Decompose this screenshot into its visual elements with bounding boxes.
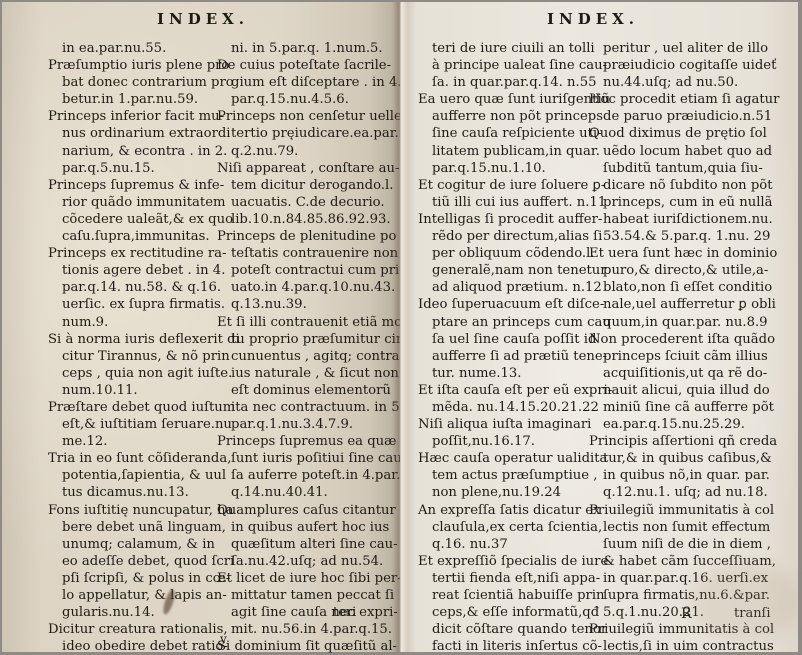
index-entry-continuation: q.13.nu.39. xyxy=(217,296,404,313)
index-entry-continuation: me.12. xyxy=(48,433,240,450)
index-entry-continuation: tem actus præſumptiue , xyxy=(418,467,612,484)
signature-mark: R xyxy=(681,606,692,622)
index-entry-continuation: q.2.nu.79. xyxy=(217,143,404,160)
index-entry-start: Intelligas ſi procedit auffer- xyxy=(418,211,612,228)
index-entry-continuation: tu proprio præſumitur cir xyxy=(217,331,404,348)
index-entry-continuation: in quar.par.q.16. uerſi.ex xyxy=(589,570,779,587)
left-page: INDEX. in ea.par.nu.55.Præſumptio iuris … xyxy=(2,2,400,652)
index-entry-continuation: per obliquum cõdendo.l. xyxy=(418,245,612,262)
index-entry-start: Priuilegiũ immunitatis à col xyxy=(589,621,779,638)
index-entry-continuation: ſa uel ſine cauſa poſſit id xyxy=(418,331,612,348)
index-entry-continuation: par.q.15.nu.1.10. xyxy=(418,160,612,177)
index-entry-start: Principis aſſertioni qñ creda xyxy=(589,433,779,450)
index-entry-continuation: mẽda. nu.14.15.20.21.22 xyxy=(418,399,612,416)
index-entry-start: Et cogitur de iure ſoluere ꝑ- xyxy=(418,177,612,194)
index-entry-start: Niſi appareat , conſtare au- xyxy=(217,160,404,177)
index-entry-continuation: cunuentus , agitq; contra xyxy=(217,348,404,365)
catchword: teri xyxy=(333,605,356,620)
index-entry-continuation: pſi ſcripſi, & polus in cœ- xyxy=(48,570,240,587)
index-entry-continuation: nu.44.uſq; ad nu.50. xyxy=(589,74,779,91)
index-entry-continuation: quæſitum alteri ſine cau- xyxy=(217,536,404,553)
index-column-1: in ea.par.nu.55.Præſumptio iuris plene p… xyxy=(48,40,240,654)
index-entry-continuation: peritur , uel aliter de illo xyxy=(589,40,779,57)
index-entry-continuation: reat ſcientiã habuiſſe prin xyxy=(418,587,612,604)
signature-mark: y xyxy=(220,632,227,646)
index-entry-continuation: ideo obedire debet ratio- xyxy=(48,638,240,654)
index-entry-continuation: litatem publicam,in quar. xyxy=(418,143,612,160)
index-entry-continuation: nus ordinarium extraordi xyxy=(48,125,240,142)
index-entry-start: Princeps inferior facit mu- xyxy=(48,108,240,125)
index-entry-continuation: de paruo præiudicio.n.51 xyxy=(589,108,779,125)
index-entry-continuation: unumq; calamum, & in xyxy=(48,536,240,553)
index-column-1: teri de iure ciuili an tollià principe u… xyxy=(418,40,612,654)
book-spread: INDEX. in ea.par.nu.55.Præſumptio iuris … xyxy=(0,0,802,654)
index-entry-continuation: agit ſine cauſa nec expri- xyxy=(217,604,404,621)
index-entry-continuation: par.q.1.nu.3.4.7.9. xyxy=(217,416,404,433)
index-entry-continuation: tus dicamus.nu.13. xyxy=(48,484,240,501)
index-entry-continuation: eſt,& iuſtitiam ſeruare.nu xyxy=(48,416,240,433)
index-entry-continuation: uato.in 4.par.q.10.nu.43. xyxy=(217,279,404,296)
index-entry-start: Princeps ex rectitudine ra- xyxy=(48,245,240,262)
index-entry-continuation: mit. nu.56.in 4.par.q.15. xyxy=(217,621,404,638)
index-entry-start: Et iſta cauſa eſt per eũ expri- xyxy=(418,382,612,399)
index-entry-continuation: ita nec contractuum. in 5. xyxy=(217,399,404,416)
index-entry-continuation: ſa.nu.42.uſq; ad nu.54. xyxy=(217,553,404,570)
index-entry-continuation: betur.in 1.par.nu.59. xyxy=(48,91,240,108)
index-entry-continuation: bere debet unã linguam, xyxy=(48,519,240,536)
index-entry-continuation: ſubditũ tantum,quia ſiu- xyxy=(589,160,779,177)
index-entry-start: Præſtare debet quod iuſtum xyxy=(48,399,240,416)
index-entry-continuation: mittatur tamen peccat ſi xyxy=(217,587,404,604)
index-entry-continuation: q.12.nu.1. uſq; ad nu.18. xyxy=(589,484,779,501)
index-entry-start: Dicitur creatura rationalis, xyxy=(48,621,240,638)
index-entry-start: Priuilegiũ immunitatis à col xyxy=(589,502,779,519)
index-entry-start: Si à norma iuris deflexerit di xyxy=(48,331,240,348)
index-entry-start: Et ſi illi contrauenit etiã mo xyxy=(217,314,404,331)
index-column-2: ni. in 5.par.q. 1.num.5.De cuius poteſta… xyxy=(217,40,404,654)
index-entry-continuation: miniũ ſine cã aufferre põt xyxy=(589,399,779,416)
index-entry-start: Ea uero quæ ſunt iuriſgentiũ xyxy=(418,91,612,108)
index-entry-continuation: clauſula,ex certa ſcientia, xyxy=(418,519,612,536)
index-entry-continuation: cõcedere ualeãt,& ex quo xyxy=(48,211,240,228)
index-entry-continuation: tertio pręiudicare.ea.par. xyxy=(217,125,404,142)
index-entry-continuation: ni. in 5.par.q. 1.num.5. xyxy=(217,40,404,57)
index-entry-continuation: ſine cauſa reſpiciente uti- xyxy=(418,125,612,142)
index-entry-continuation: in quibus aufert hoc ius xyxy=(217,519,404,536)
index-entry-continuation: tur. nume.13. xyxy=(418,365,612,382)
index-entry-continuation: q.16. nu.37 xyxy=(418,536,612,553)
index-entry-continuation: nauit alicui, quia illud do xyxy=(589,382,779,399)
index-entry-start: Quod diximus de prętio ſol xyxy=(589,125,779,142)
index-entry-continuation: generalẽ,nam non tenetur xyxy=(418,262,612,279)
index-entry-continuation: tiũ illi cui ius auffert. n.11 xyxy=(418,194,612,211)
index-entry-continuation: puro,& directo,& utile,a- xyxy=(589,262,779,279)
index-entry-continuation: quum,in quar.par. nu.8.9 xyxy=(589,314,779,331)
index-entry-continuation: lectis,ſi in uim contractus xyxy=(589,638,779,654)
index-entry-continuation: num.9. xyxy=(48,314,240,331)
index-entry-continuation: ſunt iuris poſitiui ſine cau xyxy=(217,450,404,467)
index-entry-continuation: aufferre ſi ad prætiũ tene- xyxy=(418,348,612,365)
index-entry-continuation: poteſt contractui cum pri- xyxy=(217,262,404,279)
index-entry-continuation: ceps , quia non agit iuſte. xyxy=(48,365,240,382)
index-entry-start: Non procederent iſta quãdo xyxy=(589,331,779,348)
index-entry-continuation: & habet cãm ſucceſſiuam, xyxy=(589,553,779,570)
index-entry-continuation: dicit cõſtare quando tenor xyxy=(418,621,612,638)
index-entry-start: Princeps non cenſetur uelle xyxy=(217,108,404,125)
index-entry-continuation: rẽdo per directum,alias ſi xyxy=(418,228,612,245)
index-entry-continuation: eſt dominus elementorũ xyxy=(217,382,404,399)
index-entry-continuation: tertii fienda eſt,niſi appa- xyxy=(418,570,612,587)
index-entry-continuation: uerſic. ex ſupra firmatis. xyxy=(48,296,240,313)
index-entry-continuation: præiudicio cogitaſſe uideť xyxy=(589,57,779,74)
index-entry-continuation: nale,uel aufferretur ꝑ obli xyxy=(589,296,779,313)
index-entry-continuation: non plene,nu.19.24 xyxy=(418,484,612,501)
index-entry-start: An expreſſa ſatis dicatur ex xyxy=(418,502,612,519)
index-entry-start: Hæc cauſa operatur ualidita xyxy=(418,450,612,467)
index-entry-continuation: ſa auferre poteſt.in 4.par. xyxy=(217,467,404,484)
index-entry-start: Si dominium ſit quæſitũ al- xyxy=(217,638,404,654)
index-entry-continuation: dicare nõ ſubdito non põt xyxy=(589,177,779,194)
index-entry-start: De cuius poteſtate ſacrile- xyxy=(217,57,404,74)
index-entry-continuation: ptare an princeps cum cau xyxy=(418,314,612,331)
index-entry-continuation: 53.54.& 5.par.q. 1.nu. 29 xyxy=(589,228,779,245)
index-entry-continuation: aufferre non põt princeps xyxy=(418,108,612,125)
index-entry-continuation: tur,& in quibus caſibus,& xyxy=(589,450,779,467)
index-entry-start: Ideo ſuperuacuum eſt diſce- xyxy=(418,296,612,313)
index-entry-start: Princeps ſupremus ea quæ xyxy=(217,433,404,450)
index-entry-start: Hoc procedit etiam ſi agatur xyxy=(589,91,779,108)
catchword: tranſi xyxy=(734,606,771,621)
index-entry-continuation: narium, & econtra . in 2. xyxy=(48,143,240,160)
index-entry-start: Princeps ſupremus & infe- xyxy=(48,177,240,194)
index-column-2: peritur , uel aliter de illopræiudicio c… xyxy=(589,40,779,654)
index-entry-continuation: tionis agere debet . in 4. xyxy=(48,262,240,279)
right-page: INDEX. teri de iure ciuili an tollià pri… xyxy=(400,2,798,652)
index-entry-continuation: ſa. in quar.par.q.14. n.55 xyxy=(418,74,612,91)
index-entry-continuation: q.14.nu.40.41. xyxy=(217,484,404,501)
index-entry-continuation: lectis non ſumit effectum xyxy=(589,519,779,536)
index-entry-continuation: uacuatis. C.de decurio. xyxy=(217,194,404,211)
index-entry-start: Et uera ſunt hæc in dominio xyxy=(589,245,779,262)
index-entry-start: Quamplures caſus citantur xyxy=(217,502,404,519)
index-entry-start: Fons iuſtitię nuncupatur, ha xyxy=(48,502,240,519)
index-entry-continuation: acquiſitionis,ut qa rẽ do- xyxy=(589,365,779,382)
index-entry-start: Præſumptio iuris plene pro xyxy=(48,57,240,74)
index-entry-continuation: par.q.5.nu.15. xyxy=(48,160,240,177)
index-entry-continuation: lib.10.n.84.85.86.92.93. xyxy=(217,211,404,228)
index-entry-continuation: par.q.14. nu.58. & q.16. xyxy=(48,279,240,296)
index-entry-continuation: facti in literis inſertus cõ- xyxy=(418,638,612,654)
index-entry-continuation: habeat iuriſdictionem.nu. xyxy=(589,211,779,228)
index-entry-continuation: lo appellatur, & lapis an- xyxy=(48,587,240,604)
index-entry-continuation: princeps ſciuit cãm illius xyxy=(589,348,779,365)
index-entry-continuation: teſtatis contrauenire non xyxy=(217,245,404,262)
index-entry-continuation: gularis.nu.14. xyxy=(48,604,240,621)
index-entry-continuation: ceps,& eſſe informatũ,qđ xyxy=(418,604,612,621)
index-entry-continuation: tem dicitur derogando.l. xyxy=(217,177,404,194)
index-entry-continuation: par.q.15.nu.4.5.6. xyxy=(217,91,404,108)
index-entry-start: Niſi aliqua iuſta imaginari xyxy=(418,416,612,433)
index-entry-continuation: bat donec contrarium pro xyxy=(48,74,240,91)
index-entry-continuation: potentia,ſapientia, & uul xyxy=(48,467,240,484)
index-entry-continuation: gium eſt diſceptare . in 4. xyxy=(217,74,404,91)
index-entry-start: Et licet de iure hoc ſibi per- xyxy=(217,570,404,587)
index-entry-start: Tria in eo ſunt cõſideranda, xyxy=(48,450,240,467)
index-entry-continuation: eo adeſſe debet, quod ſcri xyxy=(48,553,240,570)
index-entry-continuation: blato,non ſi eſſet conditio xyxy=(589,279,779,296)
index-entry-continuation: caſu.ſupra,immunitas. xyxy=(48,228,240,245)
index-entry-continuation: ſupra firmatis,nu.6.&par. xyxy=(589,587,779,604)
index-entry-continuation: in quibus nõ,in quar. par. xyxy=(589,467,779,484)
index-entry-continuation: ad aliquod prætium. n.12 xyxy=(418,279,612,296)
index-entry-continuation: ea.par.q.15.nu.25.29. xyxy=(589,416,779,433)
index-entry-continuation: à principe ualeat ſine cau- xyxy=(418,57,612,74)
page-header: INDEX. xyxy=(394,10,792,28)
index-entry-continuation: in ea.par.nu.55. xyxy=(48,40,240,57)
index-entry-continuation: princeps, cum in eũ nullã xyxy=(589,194,779,211)
index-entry-continuation: teri de iure ciuili an tolli xyxy=(418,40,612,57)
index-entry-continuation: uẽdo locum habet quo ad xyxy=(589,143,779,160)
index-entry-start: Princeps de plenitudine po xyxy=(217,228,404,245)
index-entry-start: Et expreſſiõ ſpecialis de iure xyxy=(418,553,612,570)
index-entry-continuation: citur Tirannus, & nõ prin xyxy=(48,348,240,365)
index-entry-continuation: num.10.11. xyxy=(48,382,240,399)
index-entry-continuation: ſuum niſi de die in diem , xyxy=(589,536,779,553)
index-entry-continuation: ius naturale , & ſicut non xyxy=(217,365,404,382)
index-entry-continuation: rior quãdo immunitatem xyxy=(48,194,240,211)
index-entry-continuation: poſſit,nu.16.17. xyxy=(418,433,612,450)
page-header: INDEX. xyxy=(4,10,402,28)
